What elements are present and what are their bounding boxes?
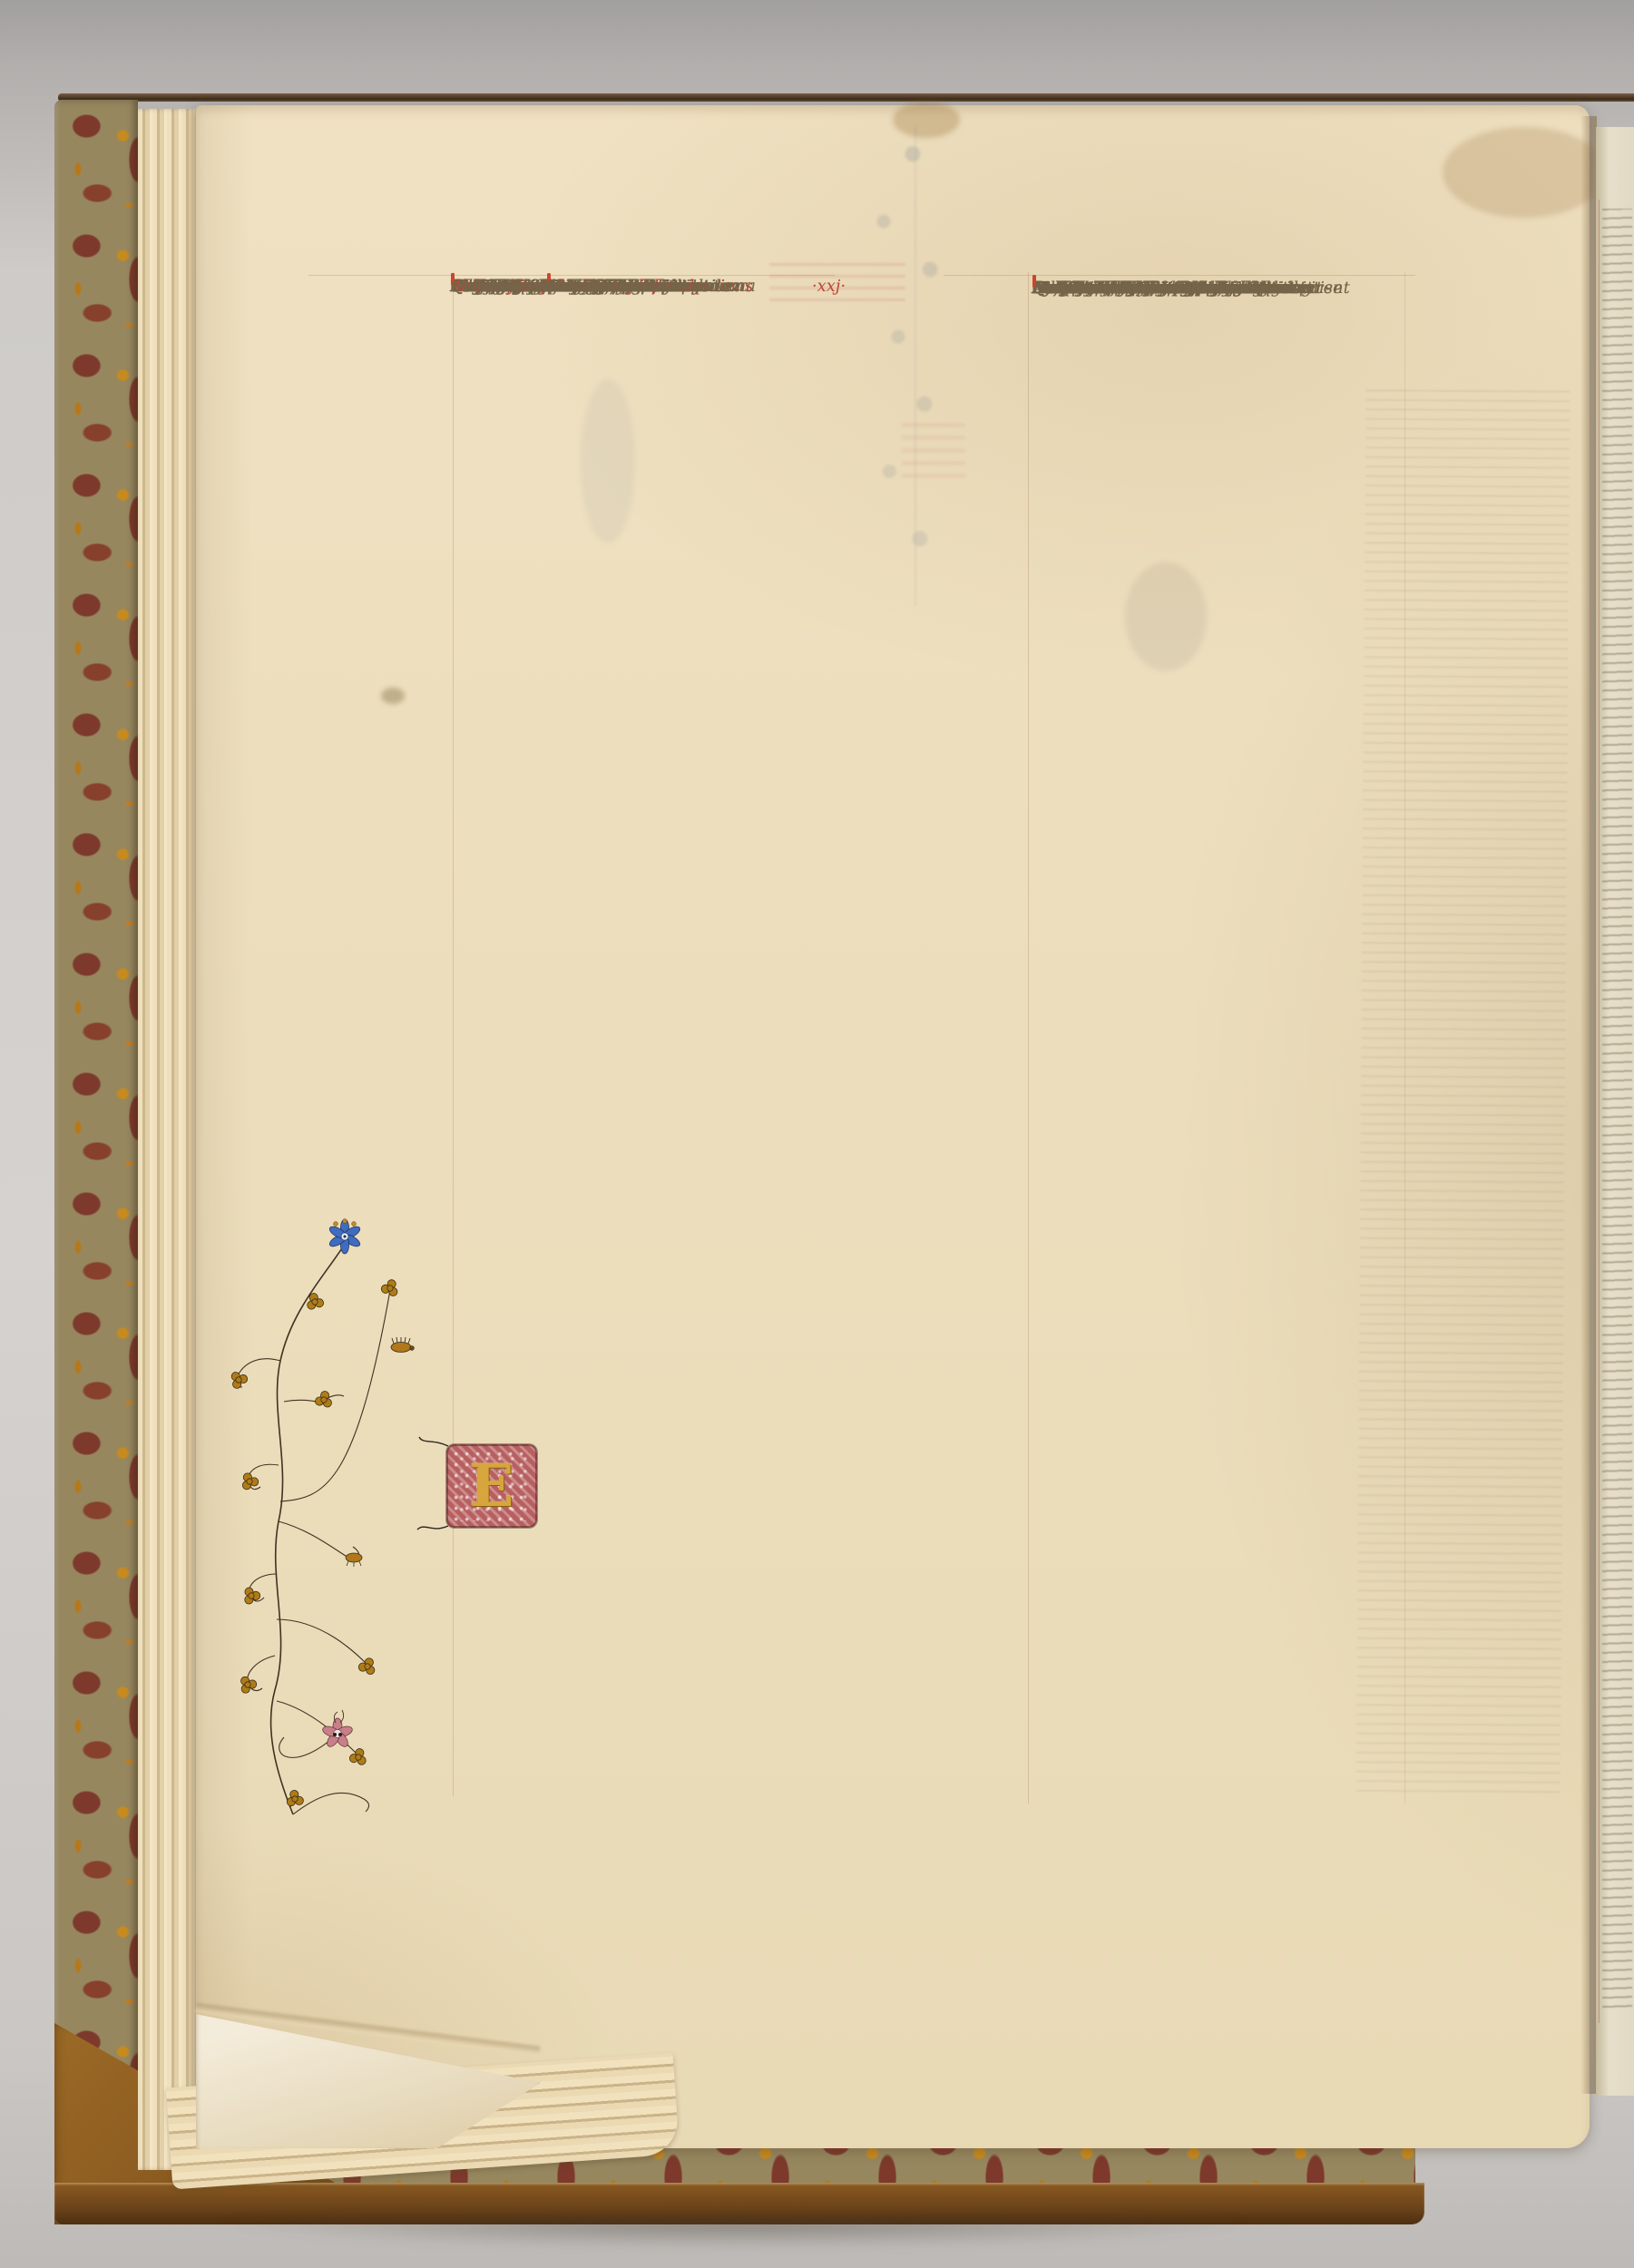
- show-through-text: [1356, 389, 1570, 1797]
- parchment-stain: [581, 379, 635, 543]
- fore-edge-shading: [1580, 116, 1597, 2094]
- parchment-stain: [381, 688, 405, 704]
- parchment-stain: [1125, 562, 1207, 671]
- next-folio-strip: [1596, 127, 1634, 2096]
- book-top-cover-edge: [58, 93, 1634, 102]
- chapter-number: ·xxj·: [812, 273, 846, 302]
- offset-floral-ghost: [840, 125, 985, 606]
- line-text: Ly disme et abel sanz malice: [1032, 275, 1269, 304]
- offset-rubric-ghost: [902, 419, 965, 477]
- stacked-page-edges-left: [138, 109, 196, 2170]
- illuminated-initial: E: [446, 1444, 537, 1528]
- ruling-line: [1028, 272, 1029, 1804]
- line-text: Obeissant li sodomite: [451, 273, 629, 302]
- blue-star-flower: [328, 1219, 362, 1254]
- manuscript-photograph: Estoit daucun cas appellezDont il pourro…: [0, 0, 1634, 2268]
- left-binding-marbled-cover: [54, 100, 138, 2186]
- gold-bug: [346, 1553, 362, 1567]
- next-folio-tiny-text: [1602, 209, 1632, 2014]
- next-folio-ruling: [1599, 200, 1600, 2023]
- ruling-line: [1404, 272, 1405, 1804]
- gold-caterpillar: [391, 1337, 414, 1353]
- floral-border: [186, 1193, 458, 1828]
- book-shadow: [42, 2219, 1430, 2259]
- initial-letter-E: E: [446, 1444, 537, 1528]
